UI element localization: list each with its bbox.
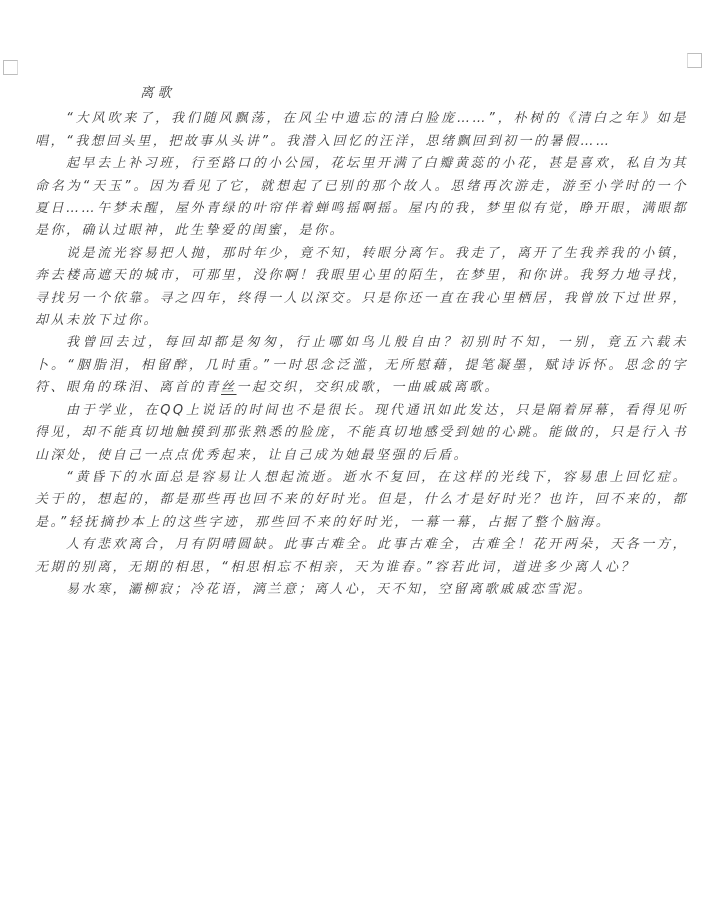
essay-paragraph-7: 人有悲欢离合，月有阴晴圆缺。此事古难全。此事古难全，古难全！花开两朵，天各一方，… xyxy=(35,534,688,579)
text-segment: “黄昏下的水面总是容易让人想起流逝。逝水不复回，在这样的光线下，容易患上回忆症。… xyxy=(35,470,688,530)
essay-paragraph-1: “大风吹来了，我们随风飘荡，在风尘中遗忘的清白脸庞……”，朴树的《清白之年》如是… xyxy=(35,108,688,153)
crop-mark-top-right xyxy=(687,53,702,68)
essay-paragraph-5: 由于学业，在QQ上说话的时间也不是很长。现代通讯如此发达，只是隔着屏幕，看得见听… xyxy=(35,400,688,467)
essay-paragraph-4: 我曾回去过，每回却都是匆匆，行止哪如鸟儿般自由？初别时不知，一别，竟五六载未卜。… xyxy=(35,332,688,399)
essay-paragraph-8: 易水寒，灞柳寂；冷花语，漓兰意；离人心，天不知，空留离歌戚戚恋雪泥。 xyxy=(35,579,688,601)
essay-title: 离歌 xyxy=(35,82,688,104)
text-segment: 一起交织，交织成歌，一曲戚戚离歌。 xyxy=(237,380,501,395)
essay-paragraph-2: 起早去上补习班，行至路口的小公园，花坛里开满了白瓣黄蕊的小花，甚是喜欢，私自为其… xyxy=(35,153,688,243)
document-page: { "page": { "background_color": "#ffffff… xyxy=(0,0,720,905)
text-segment: 起早去上补习班，行至路口的小公园，花坛里开满了白瓣黄蕊的小花，甚是喜欢，私自为其… xyxy=(35,156,688,238)
underlined-text-segment: 丝 xyxy=(221,380,237,395)
crop-mark-top-left xyxy=(3,60,18,75)
essay-paragraph-3: 说是流光容易把人抛，那时年少，竟不知，转眼分离乍。我走了，离开了生我养我的小镇，… xyxy=(35,243,688,333)
text-segment: 由于学业，在QQ上说话的时间也不是很长。现代通讯如此发达，只是隔着屏幕，看得见听… xyxy=(35,403,688,463)
text-segment: “大风吹来了，我们随风飘荡，在风尘中遗忘的清白脸庞……”，朴树的《清白之年》如是… xyxy=(35,111,688,148)
text-segment: 说是流光容易把人抛，那时年少，竟不知，转眼分离乍。我走了，离开了生我养我的小镇，… xyxy=(35,246,688,328)
essay-paragraph-6: “黄昏下的水面总是容易让人想起流逝。逝水不复回，在这样的光线下，容易患上回忆症。… xyxy=(35,467,688,534)
text-segment: 人有悲欢离合，月有阴晴圆缺。此事古难全。此事古难全，古难全！花开两朵，天各一方，… xyxy=(35,537,688,574)
essay-body: 离歌 “大风吹来了，我们随风飘荡，在风尘中遗忘的清白脸庞……”，朴树的《清白之年… xyxy=(35,82,688,601)
text-segment: 易水寒，灞柳寂；冷花语，漓兰意；离人心，天不知，空留离歌戚戚恋雪泥。 xyxy=(66,582,593,597)
